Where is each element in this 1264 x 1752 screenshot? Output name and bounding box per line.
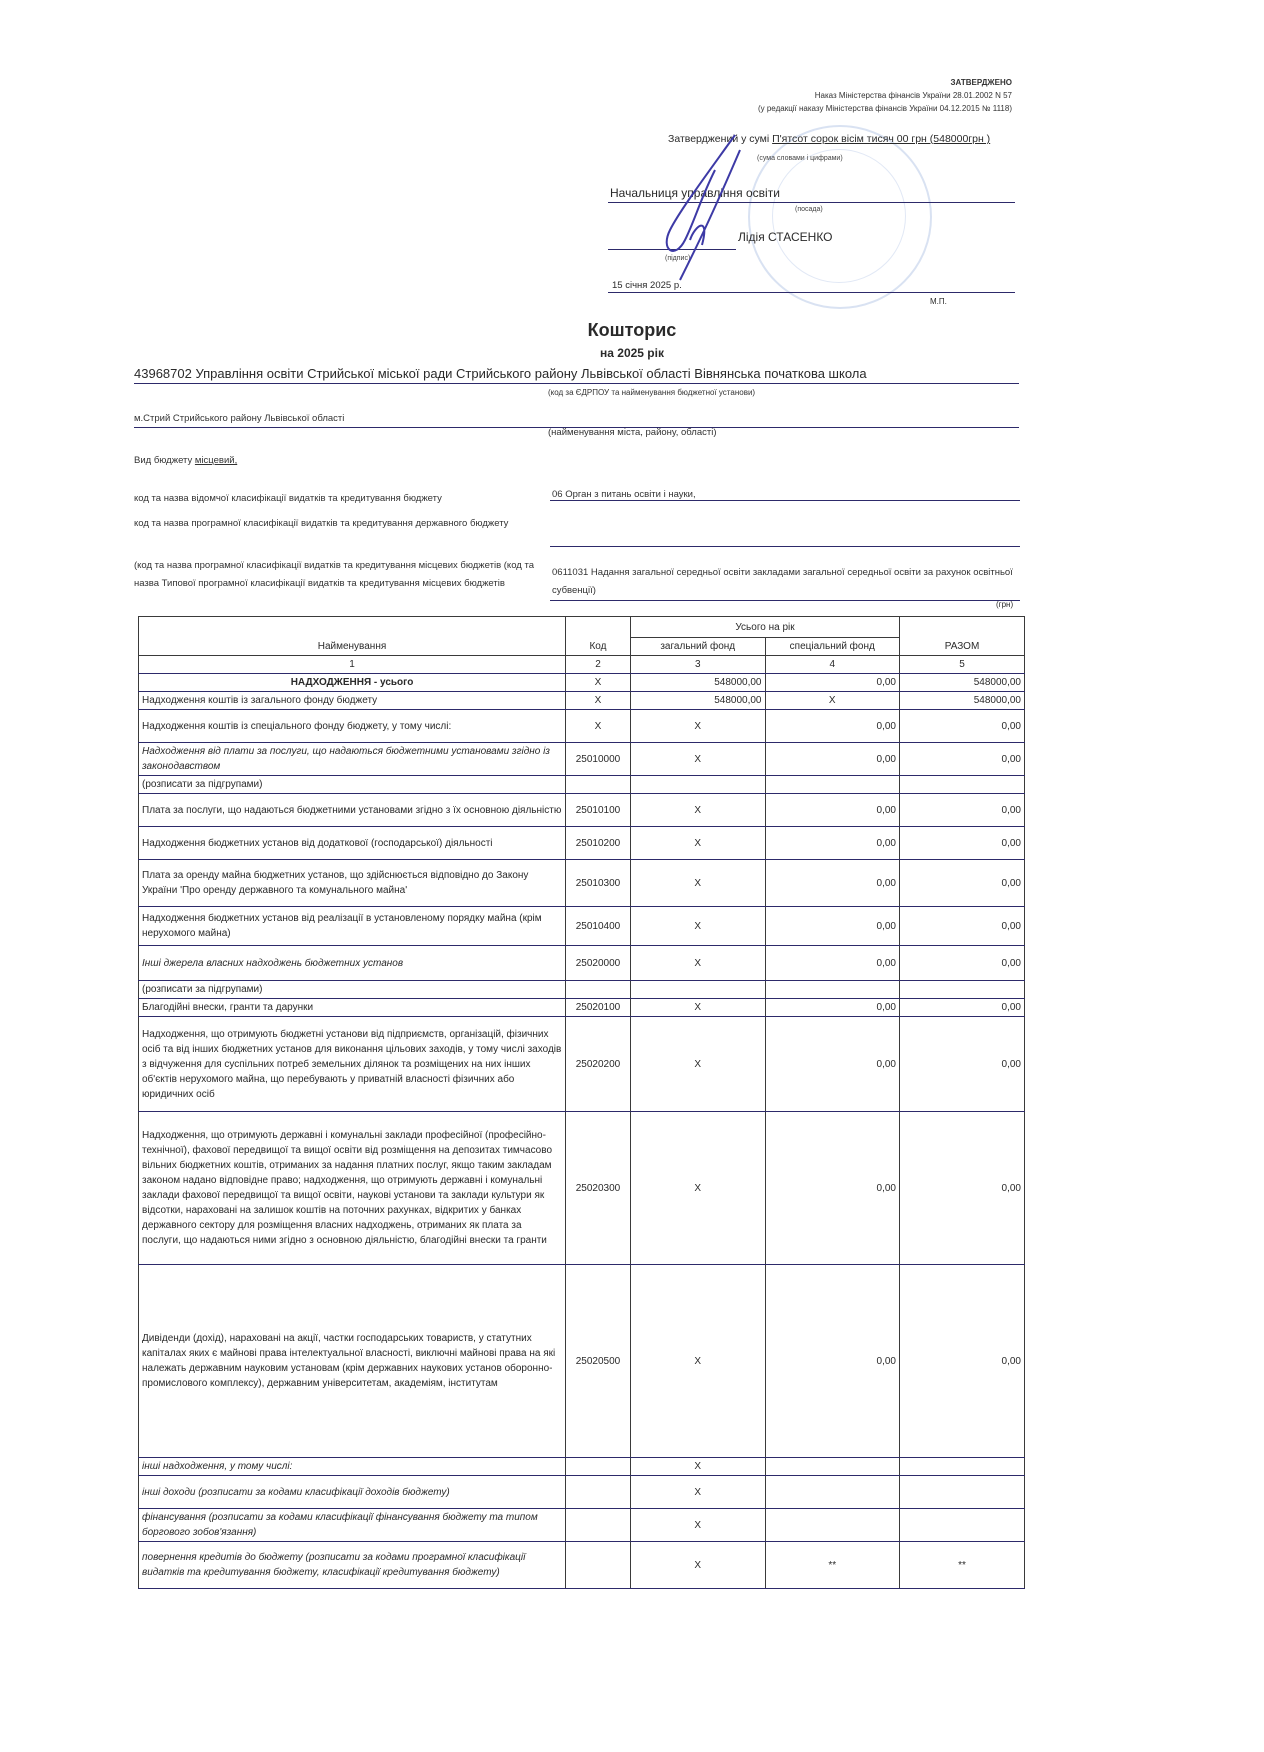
table-row: Плата за оренду майна бюджетних установ,…	[139, 860, 1025, 907]
row-special-fund: 0,00	[765, 946, 900, 981]
row-code: X	[566, 692, 631, 710]
institution-caption: (код за ЄДРПОУ та найменування бюджетної…	[548, 388, 755, 397]
position-caption: (посада)	[795, 206, 823, 213]
header-special-fund: спеціальний фонд	[765, 638, 900, 656]
row-total: 0,00	[900, 1017, 1025, 1112]
table-row: (розписати за підгрупами)	[139, 776, 1025, 794]
table-row: Надходження від плати за послуги, що над…	[139, 743, 1025, 776]
header-general-fund: загальний фонд	[631, 638, 766, 656]
col-number-2: 2	[566, 656, 631, 674]
table-row: інші надходження, у тому числі:X	[139, 1458, 1025, 1476]
row-name: Надходження бюджетних установ від додатк…	[139, 827, 566, 860]
row-general-fund: X	[631, 860, 766, 907]
row-code: 25020300	[566, 1112, 631, 1265]
row-total: 0,00	[900, 860, 1025, 907]
row-name: Надходження, що отримують державні і ком…	[139, 1112, 566, 1265]
document-title: Кошторис	[0, 320, 1264, 341]
table-row: (розписати за підгрупами)	[139, 981, 1025, 999]
row-name: повернення кредитів до бюджету (розписат…	[139, 1542, 566, 1589]
row-special-fund: 0,00	[765, 743, 900, 776]
row-special-fund: 0,00	[765, 1017, 900, 1112]
row-special-fund	[765, 1476, 900, 1509]
row-name: (розписати за підгрупами)	[139, 776, 566, 794]
row-name: Надходження коштів із спеціального фонду…	[139, 710, 566, 743]
state-program-label: код та назва програмної класифікації вид…	[134, 515, 544, 533]
row-special-fund	[765, 981, 900, 999]
table-row: Надходження, що отримують державні і ком…	[139, 1112, 1025, 1265]
approval-order-line1: Наказ Міністерства фінансів України 28.0…	[758, 89, 1012, 102]
row-code: 25010200	[566, 827, 631, 860]
row-general-fund: X	[631, 827, 766, 860]
table-row: НАДХОДЖЕННЯ - усьогоX548000,000,00548000…	[139, 674, 1025, 692]
row-name: Плата за послуги, що надаються бюджетним…	[139, 794, 566, 827]
row-name: інші доходи (розписати за кодами класифі…	[139, 1476, 566, 1509]
table-row: Надходження бюджетних установ від додатк…	[139, 827, 1025, 860]
row-total	[900, 981, 1025, 999]
row-name: НАДХОДЖЕННЯ - усього	[139, 674, 566, 692]
local-program-label: (код та назва програмної класифікації ви…	[134, 557, 534, 593]
row-code	[566, 981, 631, 999]
row-code	[566, 1476, 631, 1509]
row-special-fund: 0,00	[765, 1112, 900, 1265]
dept-class-label: код та назва відомчої класифікації видат…	[134, 490, 534, 508]
table-row: фінансування (розписати за кодами класиф…	[139, 1509, 1025, 1542]
row-code: 25010000	[566, 743, 631, 776]
row-total	[900, 776, 1025, 794]
row-total: 0,00	[900, 794, 1025, 827]
location-caption: (найменування міста, району, області)	[548, 424, 717, 442]
approval-date: 15 січня 2025 р.	[612, 280, 682, 291]
row-special-fund: 0,00	[765, 794, 900, 827]
row-special-fund: 0,00	[765, 860, 900, 907]
approval-stamp-title: ЗАТВЕРДЖЕНО	[758, 76, 1012, 89]
row-special-fund	[765, 1509, 900, 1542]
row-special-fund: X	[765, 692, 900, 710]
location: м.Стрий Стрийського району Львівської об…	[134, 410, 344, 428]
row-code: 25020200	[566, 1017, 631, 1112]
row-code	[566, 1509, 631, 1542]
header-code: Код	[566, 617, 631, 656]
row-total	[900, 1458, 1025, 1476]
row-code: 25020500	[566, 1265, 631, 1458]
row-name: Надходження коштів із загального фонду б…	[139, 692, 566, 710]
row-code: 25010300	[566, 860, 631, 907]
header-total: РАЗОМ	[900, 617, 1025, 656]
col-number-3: 3	[631, 656, 766, 674]
row-general-fund: 548000,00	[631, 674, 766, 692]
col-number-4: 4	[765, 656, 900, 674]
header-name: Найменування	[139, 617, 566, 656]
row-general-fund: X	[631, 1458, 766, 1476]
currency-unit: (грн)	[996, 600, 1013, 609]
header-year-total: Усього на рік	[631, 617, 900, 638]
row-general-fund: X	[631, 794, 766, 827]
row-special-fund: 0,00	[765, 907, 900, 946]
row-total: 0,00	[900, 999, 1025, 1017]
row-name: фінансування (розписати за кодами класиф…	[139, 1509, 566, 1542]
col-number-1: 1	[139, 656, 566, 674]
row-total: 0,00	[900, 827, 1025, 860]
row-special-fund: 0,00	[765, 999, 900, 1017]
row-name: Надходження бюджетних установ від реаліз…	[139, 907, 566, 946]
row-general-fund: X	[631, 946, 766, 981]
row-total	[900, 1476, 1025, 1509]
row-total: 0,00	[900, 1265, 1025, 1458]
row-total: 0,00	[900, 1112, 1025, 1265]
official-seal	[748, 125, 932, 309]
approved-sum: П'ятсот сорок вісім тисяч 00 грн (548000…	[772, 133, 990, 145]
dept-class-value: 06 Орган з питань освіти і науки,	[552, 486, 696, 504]
table-row: інші доходи (розписати за кодами класифі…	[139, 1476, 1025, 1509]
row-code	[566, 1458, 631, 1476]
row-special-fund: 0,00	[765, 710, 900, 743]
table-row: Дивіденди (дохід), нараховані на акції, …	[139, 1265, 1025, 1458]
budget-type: Вид бюджету місцевий,	[134, 452, 237, 470]
row-name: Дивіденди (дохід), нараховані на акції, …	[139, 1265, 566, 1458]
row-code: 25020000	[566, 946, 631, 981]
row-code	[566, 1542, 631, 1589]
row-general-fund: X	[631, 1542, 766, 1589]
row-general-fund: 548000,00	[631, 692, 766, 710]
row-total: 0,00	[900, 907, 1025, 946]
row-special-fund: 0,00	[765, 1265, 900, 1458]
row-general-fund: X	[631, 710, 766, 743]
row-code: X	[566, 674, 631, 692]
row-name: Інші джерела власних надходжень бюджетни…	[139, 946, 566, 981]
row-special-fund: 0,00	[765, 674, 900, 692]
row-special-fund: 0,00	[765, 827, 900, 860]
row-special-fund	[765, 776, 900, 794]
row-code: X	[566, 710, 631, 743]
table-row: Благодійні внески, гранти та дарунки2502…	[139, 999, 1025, 1017]
row-general-fund	[631, 776, 766, 794]
row-name: (розписати за підгрупами)	[139, 981, 566, 999]
table-row: Плата за послуги, що надаються бюджетним…	[139, 794, 1025, 827]
seal-mark: М.П.	[930, 297, 947, 306]
row-general-fund: X	[631, 1017, 766, 1112]
row-general-fund: X	[631, 1509, 766, 1542]
row-total	[900, 1509, 1025, 1542]
approval-header: ЗАТВЕРДЖЕНО Наказ Міністерства фінансів …	[758, 76, 1012, 115]
budget-type-label: Вид бюджету	[134, 455, 192, 466]
signature-icon	[640, 130, 760, 290]
row-total: 0,00	[900, 743, 1025, 776]
table-row: Надходження коштів із спеціального фонду…	[139, 710, 1025, 743]
table-row: Надходження бюджетних установ від реаліз…	[139, 907, 1025, 946]
col-number-5: 5	[900, 656, 1025, 674]
row-general-fund: X	[631, 1476, 766, 1509]
estimate-table: Найменування Код Усього на рік РАЗОМ заг…	[138, 616, 1025, 1589]
institution-name: 43968702 Управління освіти Стрийської мі…	[134, 366, 867, 381]
table-row: Інші джерела власних надходжень бюджетни…	[139, 946, 1025, 981]
sum-caption: (сума словами і цифрами)	[757, 155, 843, 162]
approval-order-line2: (у редакції наказу Міністерства фінансів…	[758, 102, 1012, 115]
row-name: Надходження, що отримують бюджетні устан…	[139, 1017, 566, 1112]
table-row: Надходження, що отримують бюджетні устан…	[139, 1017, 1025, 1112]
row-name: Надходження від плати за послуги, що над…	[139, 743, 566, 776]
row-general-fund	[631, 981, 766, 999]
row-code: 25020100	[566, 999, 631, 1017]
budget-type-value: місцевий,	[195, 455, 237, 466]
row-code: 25010400	[566, 907, 631, 946]
row-total: 548000,00	[900, 674, 1025, 692]
row-general-fund: X	[631, 1265, 766, 1458]
row-general-fund: X	[631, 1112, 766, 1265]
row-total: **	[900, 1542, 1025, 1589]
row-general-fund: X	[631, 907, 766, 946]
row-name: Благодійні внески, гранти та дарунки	[139, 999, 566, 1017]
row-total: 0,00	[900, 710, 1025, 743]
row-special-fund	[765, 1458, 900, 1476]
row-special-fund: **	[765, 1542, 900, 1589]
row-total: 0,00	[900, 946, 1025, 981]
table-row: повернення кредитів до бюджету (розписат…	[139, 1542, 1025, 1589]
row-total: 548000,00	[900, 692, 1025, 710]
document-subtitle: на 2025 рік	[0, 346, 1264, 360]
row-name: Плата за оренду майна бюджетних установ,…	[139, 860, 566, 907]
local-program-value: 0611031 Надання загальної середньої осві…	[552, 564, 1022, 600]
row-name: інші надходження, у тому числі:	[139, 1458, 566, 1476]
table-row: Надходження коштів із загального фонду б…	[139, 692, 1025, 710]
row-general-fund: X	[631, 999, 766, 1017]
row-general-fund: X	[631, 743, 766, 776]
row-code: 25010100	[566, 794, 631, 827]
row-code	[566, 776, 631, 794]
